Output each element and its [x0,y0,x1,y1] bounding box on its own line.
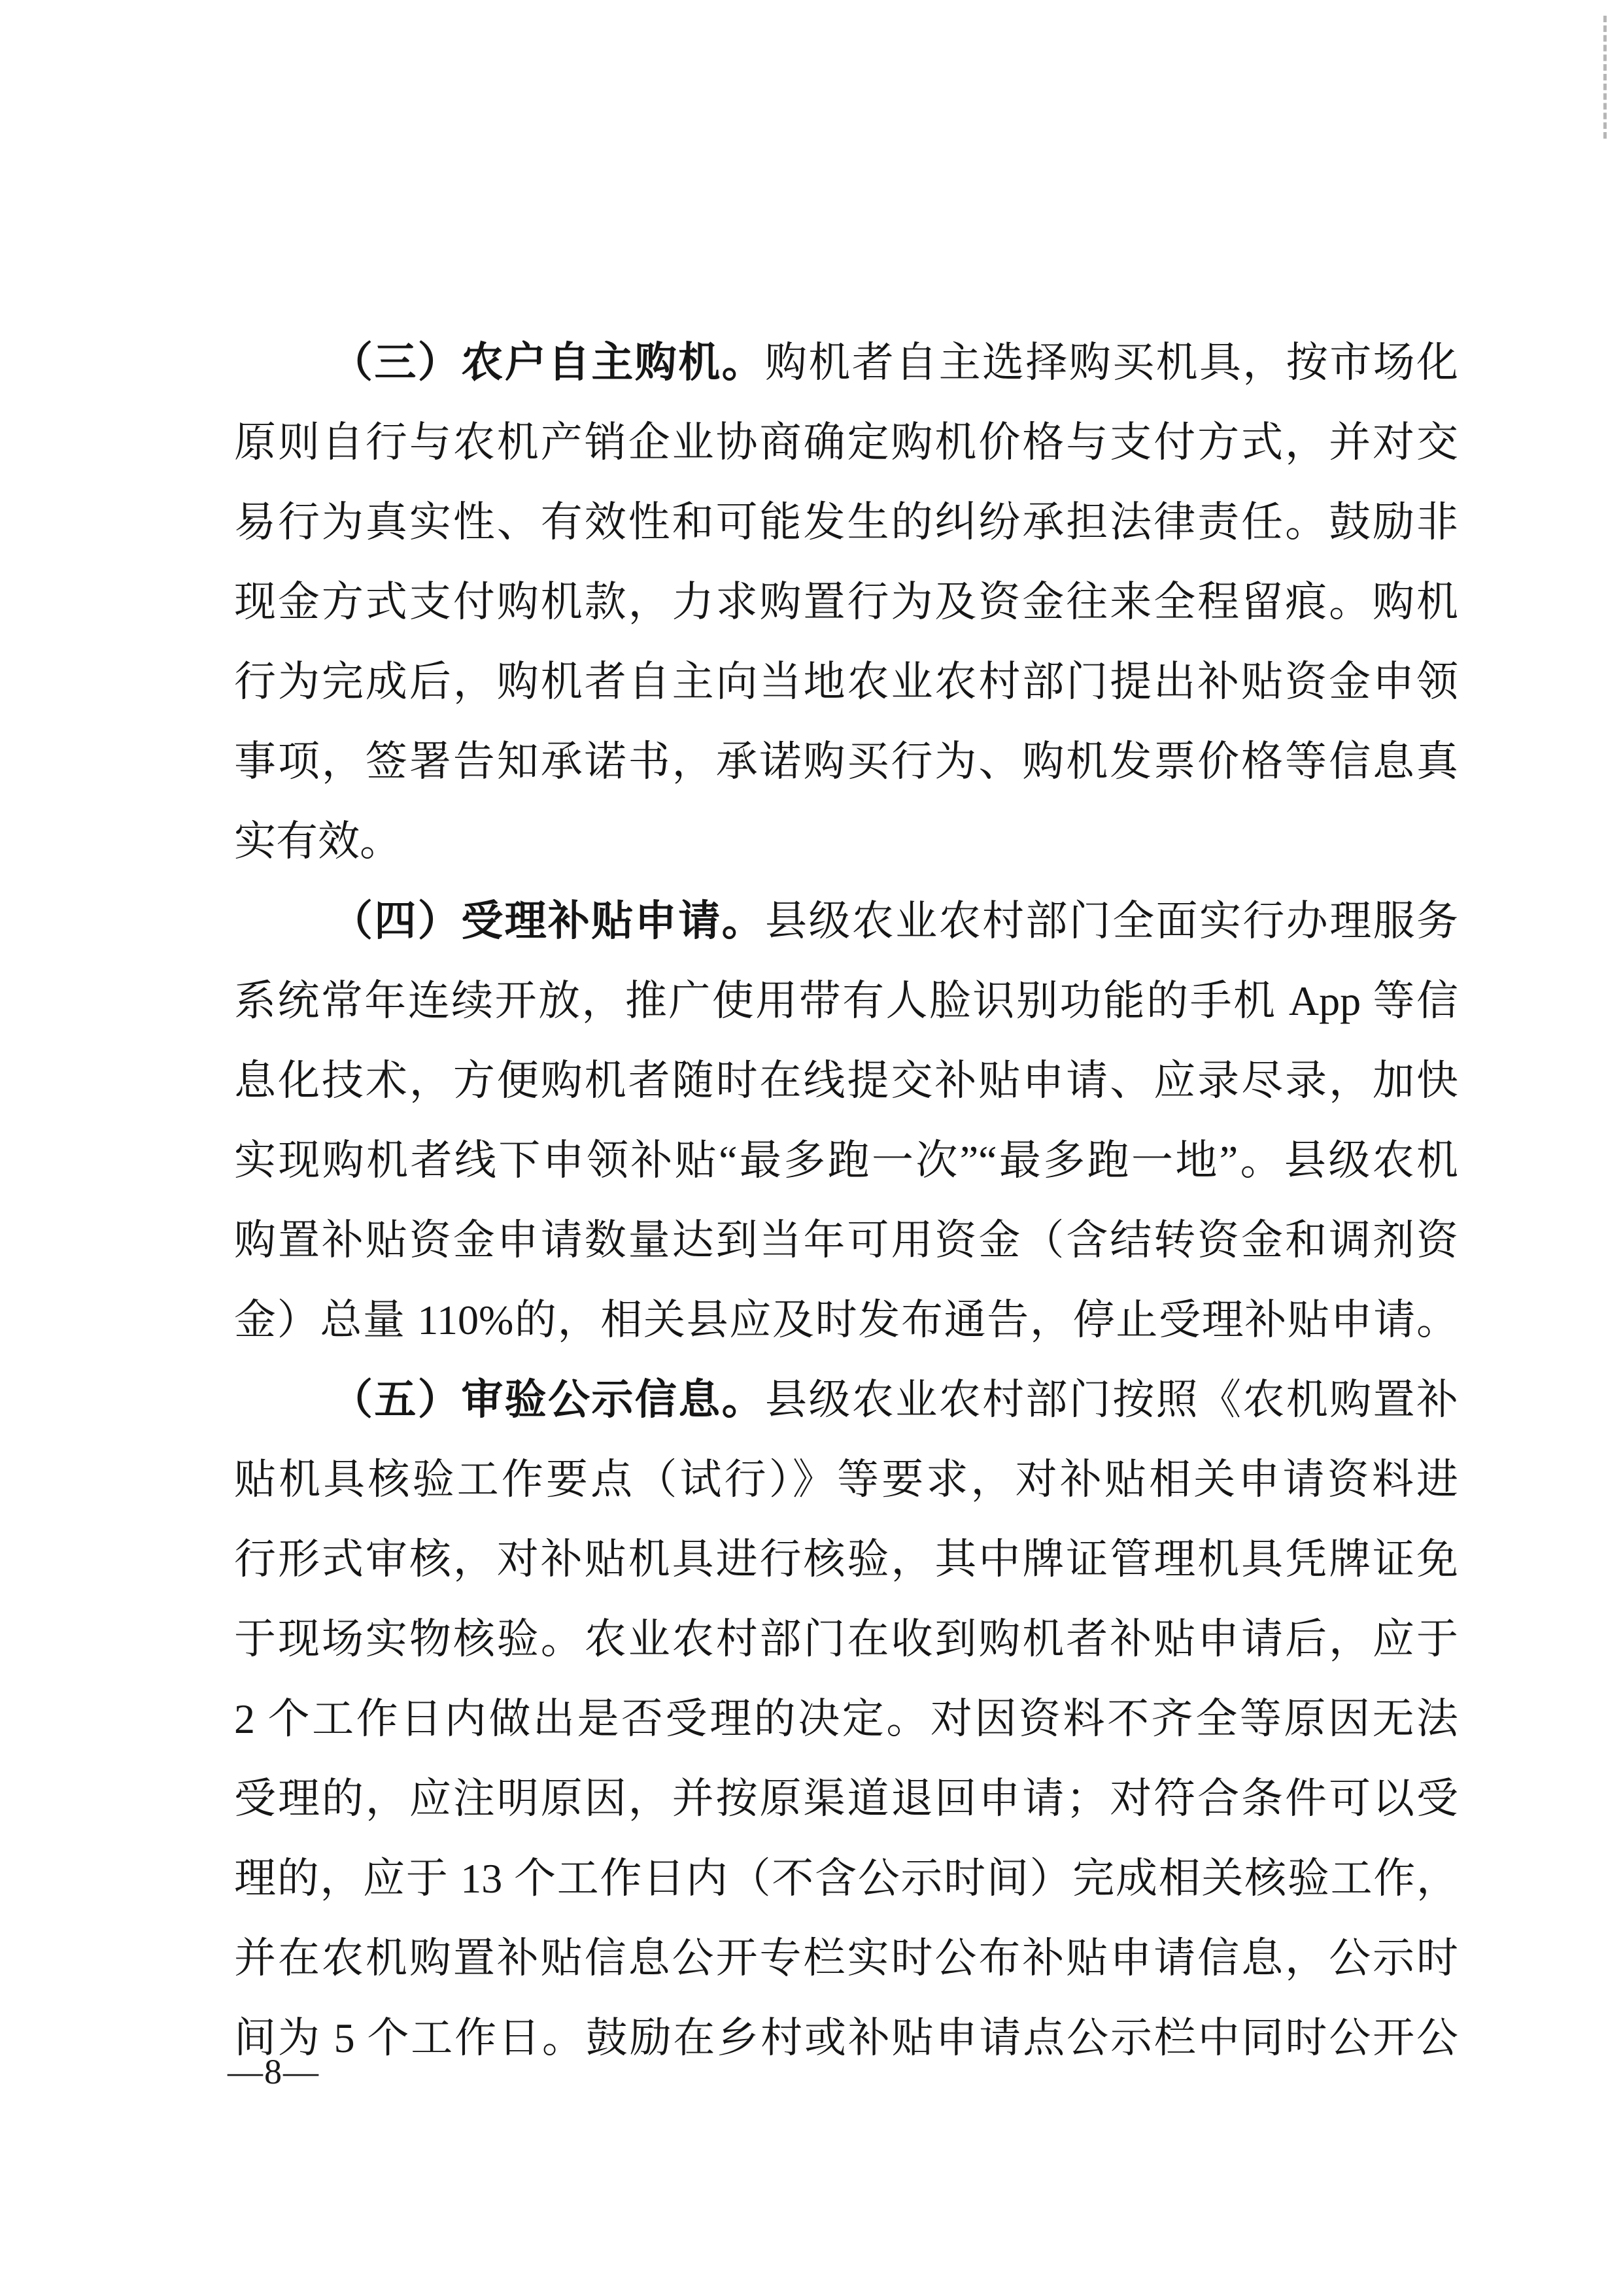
text-line: 理的，应于 13 个工作日内（不含公示时间）完成相关核验工作， [234,1839,1458,1919]
section-heading-run: （三）农户自主购机。 [331,339,765,386]
text-run: 系统常年连续开放，推广使用带有人脸识别功能的手机 App 等信 [234,978,1458,1024]
text-run: 并在农机购置补贴信息公开专栏实时公布补贴申请信息，公示时 [234,1935,1458,1981]
text-line: 息化技术，方便购机者随时在线提交补贴申请、应录尽录，加快 [234,1041,1458,1121]
text-line: 购置补贴资金申请数量达到当年可用资金（含结转资金和调剂资 [234,1201,1458,1280]
text-run: 县级农业农村部门按照《农机购置补 [765,1377,1458,1423]
scan-artifact-dotted-line [1603,16,1607,139]
text-line: 金）总量 110%的，相关县应及时发布通告，停止受理补贴申请。 [234,1280,1458,1360]
text-line: 于现场实物核验。农业农村部门在收到购机者补贴申请后，应于 [234,1600,1458,1679]
text-line: 易行为真实性、有效性和可能发生的纠纷承担法律责任。鼓励非 [234,483,1458,562]
text-run: 2 个工作日内做出是否受理的决定。对因资料不齐全等原因无法 [234,1696,1458,1742]
text-line: 系统常年连续开放，推广使用带有人脸识别功能的手机 App 等信 [234,961,1458,1041]
text-run: 息化技术，方便购机者随时在线提交补贴申请、应录尽录，加快 [234,1057,1458,1104]
text-line: 事项，签署告知承诺书，承诺购买行为、购机发票价格等信息真 [234,722,1458,802]
text-run: 受理的，应注明原因，并按原渠道退回申请；对符合条件可以受 [234,1775,1458,1822]
text-line: 实有效。 [234,802,1458,882]
page-number: —8— [228,2046,320,2098]
text-line: （四）受理补贴申请。县级农业农村部门全面实行办理服务 [234,882,1458,961]
text-run: 县级农业农村部门全面实行办理服务 [765,898,1458,944]
text-run: 贴机具核验工作要点（试行）》等要求，对补贴相关申请资料进 [234,1456,1458,1503]
text-run: 购机者自主选择购买机具，按市场化 [765,339,1458,386]
text-line: 实现购机者线下申领补贴“最多跑一次”“最多跑一地”。县级农机 [234,1121,1458,1201]
text-line: 贴机具核验工作要点（试行）》等要求，对补贴相关申请资料进 [234,1440,1458,1520]
text-run: 行形式审核，对补贴机具进行核验，其中牌证管理机具凭牌证免 [234,1536,1458,1583]
text-run: 易行为真实性、有效性和可能发生的纠纷承担法律责任。鼓励非 [234,499,1458,545]
text-line: 间为 5 个工作日。鼓励在乡村或补贴申请点公示栏中同时公开公 [234,1998,1458,2078]
text-run: 行为完成后，购机者自主向当地农业农村部门提出补贴资金申领 [234,659,1458,705]
text-run: 事项，签署告知承诺书，承诺购买行为、购机发票价格等信息真 [234,738,1458,785]
text-run: 理的，应于 13 个工作日内（不含公示时间）完成相关核验工作， [234,1855,1458,1902]
text-run: 原则自行与农机产销企业协商确定购机价格与支付方式，并对交 [234,419,1458,466]
section-heading-run: （四）受理补贴申请。 [331,898,765,944]
text-line: 现金方式支付购机款，力求购置行为及资金往来全程留痕。购机 [234,562,1458,642]
text-line: 并在农机购置补贴信息公开专栏实时公布补贴申请信息，公示时 [234,1919,1458,1998]
section-heading-run: （五）审验公示信息。 [331,1377,765,1423]
text-run: 间为 5 个工作日。鼓励在乡村或补贴申请点公示栏中同时公开公 [234,2015,1458,2061]
text-run: 购置补贴资金申请数量达到当年可用资金（含结转资金和调剂资 [234,1217,1458,1263]
text-run: 现金方式支付购机款，力求购置行为及资金往来全程留痕。购机 [234,579,1458,625]
text-line: （三）农户自主购机。购机者自主选择购买机具，按市场化 [234,323,1458,403]
text-line: （五）审验公示信息。县级农业农村部门按照《农机购置补 [234,1360,1458,1440]
text-line: 行为完成后，购机者自主向当地农业农村部门提出补贴资金申领 [234,642,1458,722]
text-run: 实有效。 [234,818,401,865]
document-body: （三）农户自主购机。购机者自主选择购买机具，按市场化原则自行与农机产销企业协商确… [234,323,1458,2078]
text-line: 原则自行与农机产销企业协商确定购机价格与支付方式，并对交 [234,403,1458,483]
text-line: 2 个工作日内做出是否受理的决定。对因资料不齐全等原因无法 [234,1679,1458,1759]
text-run: 金）总量 110%的，相关县应及时发布通告，停止受理补贴申请。 [234,1297,1458,1343]
text-run: 实现购机者线下申领补贴“最多跑一次”“最多跑一地”。县级农机 [234,1137,1458,1184]
text-run: 于现场实物核验。农业农村部门在收到购机者补贴申请后，应于 [234,1616,1458,1662]
text-line: 行形式审核，对补贴机具进行核验，其中牌证管理机具凭牌证免 [234,1520,1458,1600]
text-line: 受理的，应注明原因，并按原渠道退回申请；对符合条件可以受 [234,1759,1458,1839]
document-page: （三）农户自主购机。购机者自主选择购买机具，按市场化原则自行与农机产销企业协商确… [0,0,1623,2296]
